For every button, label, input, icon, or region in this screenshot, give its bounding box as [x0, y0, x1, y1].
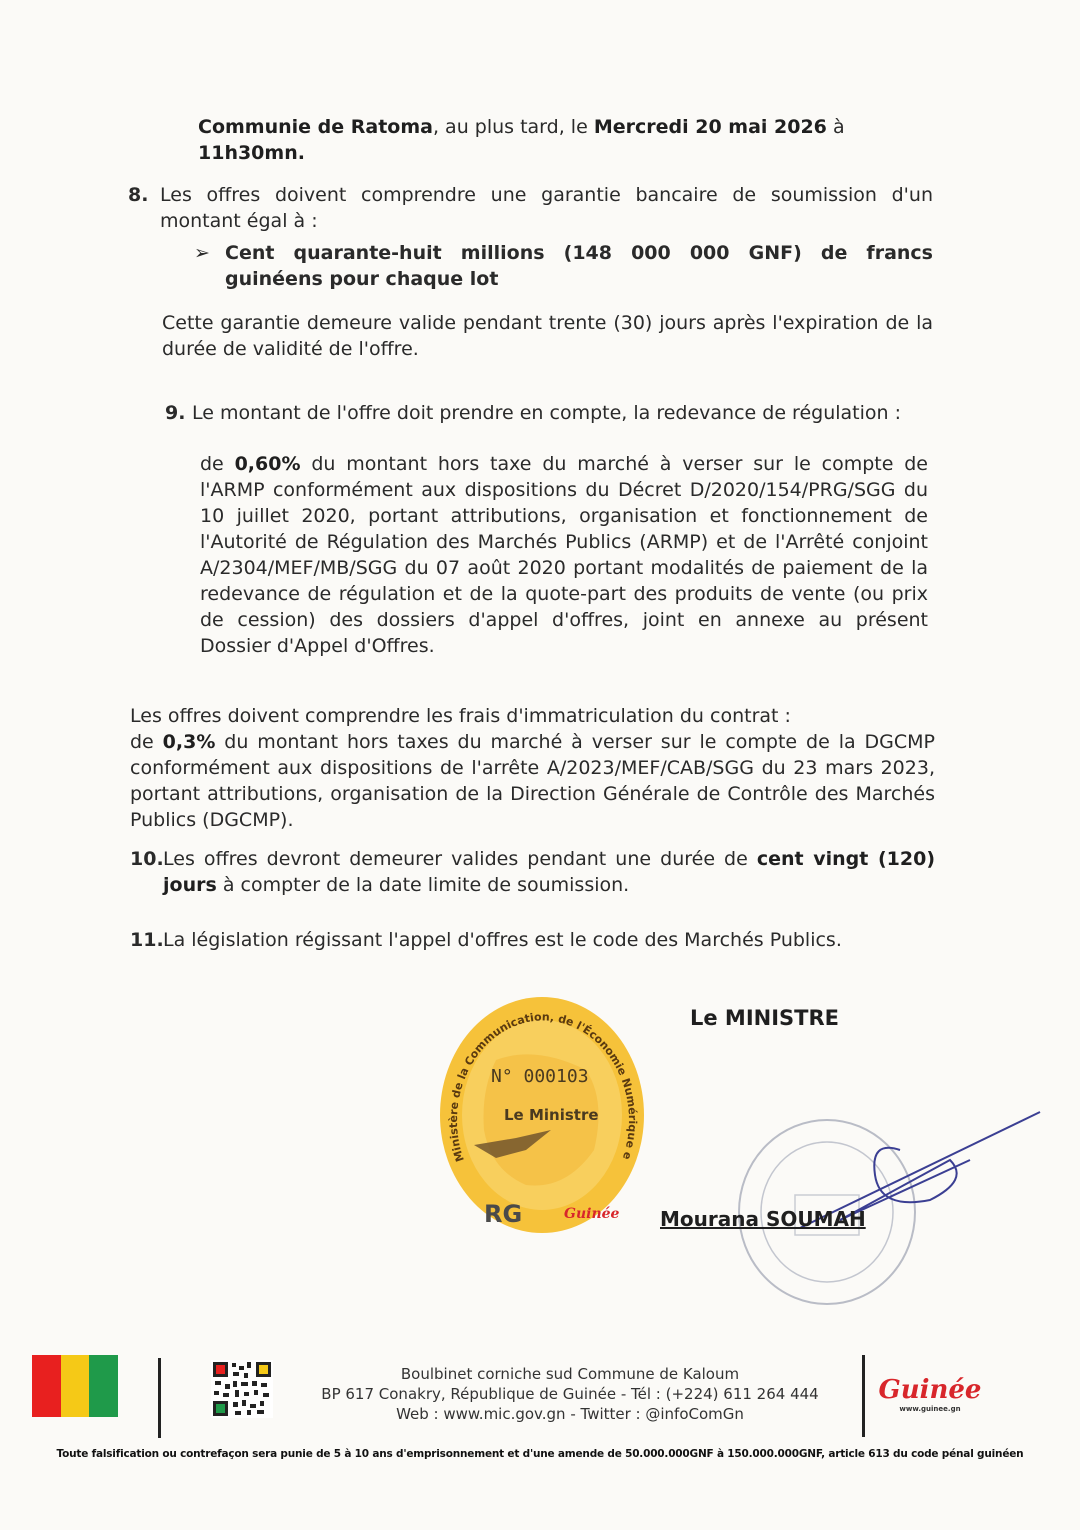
address-line: Boulbinet corniche sud Commune de Kaloum	[290, 1364, 850, 1384]
svg-text:N° 000103: N° 000103	[491, 1066, 589, 1087]
text: à compter de la date limite de soumissio…	[217, 874, 629, 896]
qr-code-icon[interactable]	[211, 1360, 273, 1418]
svg-text:Guinée: Guinée	[564, 1206, 620, 1222]
guarantee-amount: Cent quarante-huit millions (148 000 000…	[225, 240, 933, 292]
ministry-address: Boulbinet corniche sud Commune de Kaloum…	[290, 1364, 850, 1424]
ministry-stamp: Ministère de la Communication, de l'Écon…	[436, 990, 648, 1235]
flag-red	[32, 1355, 61, 1417]
item-9-number: 9.	[165, 400, 185, 426]
deadline-connector: à	[827, 116, 845, 138]
guarantee-validity: Cette garantie demeure valide pendant tr…	[162, 310, 933, 362]
item-10-text: Les offres devront demeurer valides pend…	[163, 846, 935, 898]
legal-notice: Toute falsification ou contrefaçon sera …	[30, 1448, 1050, 1460]
stamp-emblem-icon: Ministère de la Communication, de l'Écon…	[436, 990, 648, 1235]
regulation-body: du montant hors taxe du marché à verser …	[200, 453, 928, 657]
logo-url: www.guinee.gn	[870, 1405, 990, 1413]
text: de	[130, 731, 163, 753]
arrow-bullet-icon: ➢	[194, 240, 210, 266]
web-line: Web : www.mic.gov.gn - Twitter : @infoCo…	[290, 1404, 850, 1424]
deadline-text: , au plus tard, le	[433, 116, 594, 138]
flag-green	[89, 1355, 118, 1417]
item-9-text: Le montant de l'offre doit prendre en co…	[192, 400, 928, 426]
registration-paragraph: Les offres doivent comprendre les frais …	[130, 703, 935, 833]
footer-divider	[158, 1358, 161, 1438]
item-number: 11.	[130, 929, 164, 951]
item-8-number: 8.	[128, 182, 148, 208]
item-number: 8.	[128, 184, 148, 206]
item-number: 9.	[165, 402, 185, 424]
item-8-text: Les offres doivent comprendre une garant…	[160, 182, 933, 234]
svg-text:Le Ministre: Le Ministre	[504, 1106, 599, 1124]
item-number: 10.	[130, 848, 164, 870]
guinea-flag-icon	[32, 1355, 118, 1417]
text: Les offres devront demeurer valides pend…	[163, 848, 757, 870]
signatory-title: Le MINISTRE	[690, 1006, 839, 1030]
flag-yellow	[61, 1355, 90, 1417]
item-11-text: La législation régissant l'appel d'offre…	[163, 927, 935, 953]
registration-body: du montant hors taxes du marché à verser…	[130, 731, 935, 831]
contact-line: BP 617 Conakry, République de Guinée - T…	[290, 1384, 850, 1404]
svg-text:RG: RG	[484, 1200, 522, 1228]
regulation-rate: 0,60%	[235, 453, 301, 475]
guinee-logo: Guinée www.guinee.gn	[870, 1375, 990, 1413]
location-text: Communie de Ratoma	[198, 116, 433, 138]
item-11-number: 11.	[130, 927, 164, 953]
signatory-name: Mourana SOUMAH	[660, 1207, 866, 1231]
registration-rate: 0,3%	[163, 731, 216, 753]
logo-text: Guinée	[870, 1375, 990, 1405]
item-9-intro: Le montant de l'offre doit prendre en co…	[192, 402, 901, 424]
document-page: Communie de Ratoma, au plus tard, le Mer…	[0, 0, 1080, 1530]
deadline-time: 11h30mn.	[198, 142, 305, 164]
item-10-number: 10.	[130, 846, 164, 872]
deadline-date: Mercredi 20 mai 2026	[594, 116, 827, 138]
deadline-paragraph: Communie de Ratoma, au plus tard, le Mer…	[198, 114, 933, 166]
item-9-body: de 0,60% du montant hors taxe du marché …	[200, 451, 928, 659]
registration-intro: Les offres doivent comprendre les frais …	[130, 705, 791, 727]
text: de	[200, 453, 235, 475]
footer-divider	[862, 1355, 865, 1437]
